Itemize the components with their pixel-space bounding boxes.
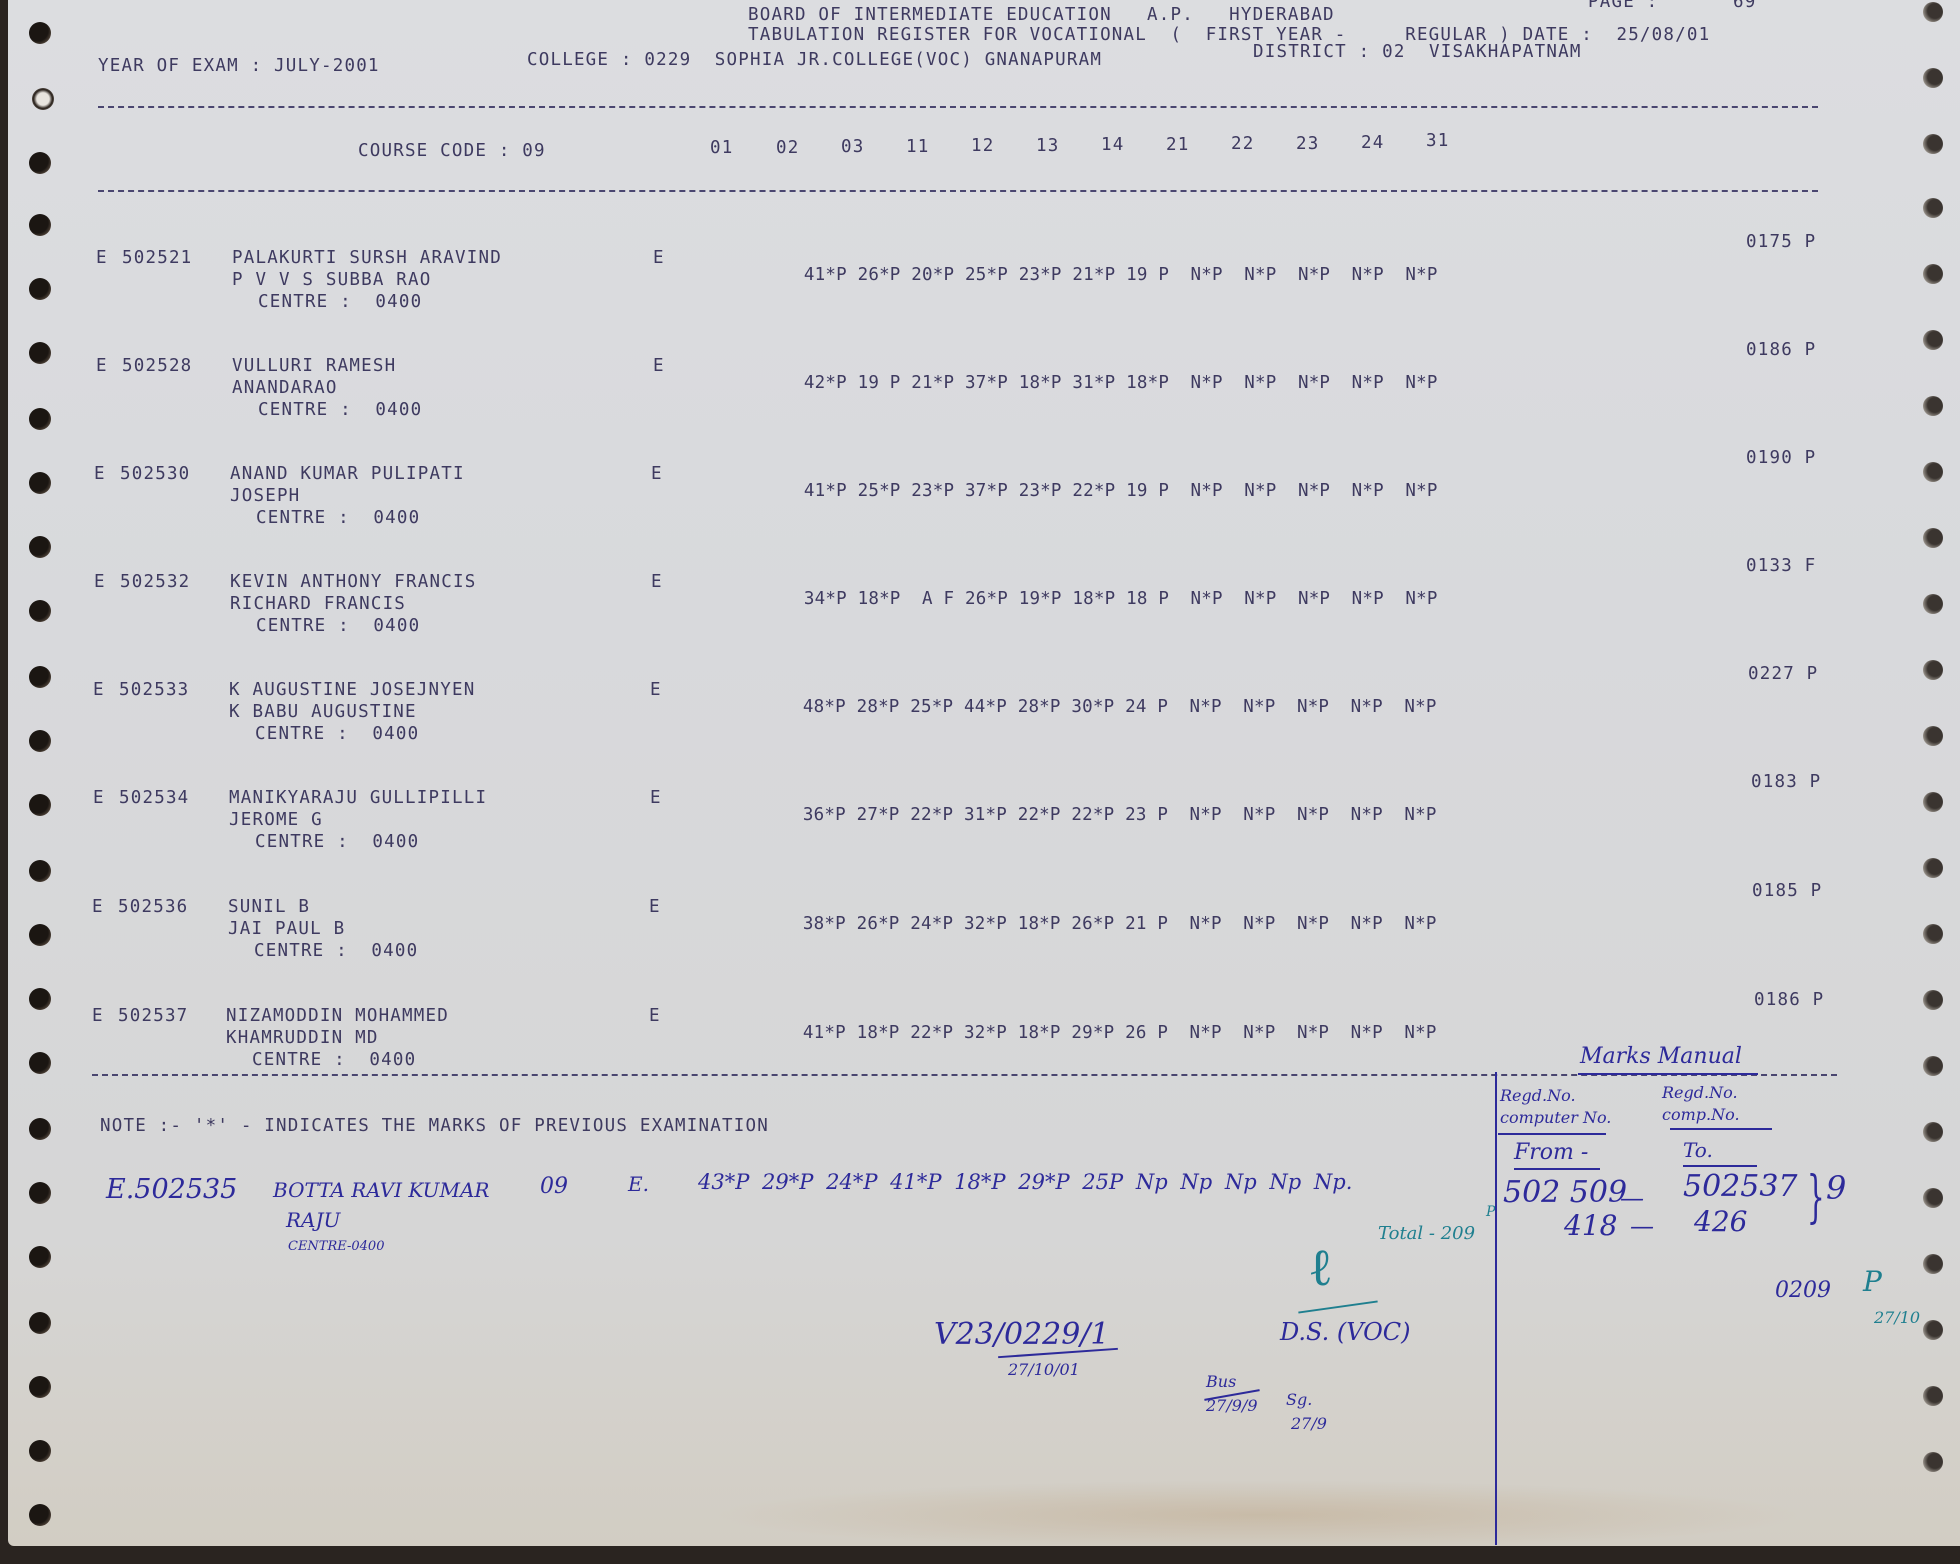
punch-hole-icon	[1923, 396, 1943, 416]
marks: 41*P 25*P 23*P 37*P 23*P 22*P 19 P N*P N…	[718, 465, 1438, 518]
regd-number: 502537	[118, 1008, 188, 1026]
punch-hole-icon	[1923, 1386, 1943, 1406]
punch-hole-icon	[1923, 1452, 1943, 1472]
punch-hole-icon	[29, 1118, 51, 1140]
punch-hole-icon	[1923, 1188, 1943, 1208]
result-p: P	[1863, 1268, 1882, 1296]
subject-13: 13	[1036, 138, 1059, 156]
punch-hole-icon	[29, 472, 51, 494]
centre: CENTRE : 0400	[256, 618, 420, 636]
punch-hole-icon	[29, 794, 51, 816]
to-regd: 502537	[1683, 1172, 1798, 1202]
punch-hole-icon	[29, 730, 51, 752]
board-title: BOARD OF INTERMEDIATE EDUCATION A.P. HYD…	[748, 7, 1335, 25]
punch-hole-icon	[29, 278, 51, 300]
brace: }	[1807, 1170, 1825, 1226]
student-name: MANIKYARAJU GULLIPILLI	[229, 790, 487, 808]
marks: 41*P 18*P 22*P 32*P 18*P 29*P 26 P N*P N…	[717, 1007, 1437, 1060]
ref-number: V23/0229/1	[934, 1320, 1110, 1350]
subject-12: 12	[971, 138, 994, 156]
signature-icon: ℓ	[1308, 1242, 1333, 1294]
regd-prefix: E	[92, 1008, 104, 1026]
page-label: PAGE :	[1588, 0, 1658, 12]
parent-name: JAI PAUL B	[228, 921, 345, 939]
regd-number: 502521	[122, 250, 192, 268]
parent-name: ANANDARAO	[232, 380, 338, 398]
punch-hole-icon	[1923, 858, 1943, 878]
medium: E	[650, 790, 662, 808]
marks: 36*P 27*P 22*P 31*P 22*P 22*P 23 P N*P N…	[717, 789, 1437, 842]
punch-hole-icon	[29, 1246, 51, 1268]
punch-hole-icon	[29, 666, 51, 688]
punch-hole-icon	[29, 214, 51, 236]
punch-hole-icon	[29, 1376, 51, 1398]
subject-22: 22	[1231, 136, 1254, 154]
hw-course: 09	[540, 1176, 568, 1198]
marks-manual-title: Marks Manual	[1580, 1046, 1742, 1068]
hw-marks: 43*P 29*P 24*P 41*P 18*P 29*P 25P Np Np …	[698, 1172, 1352, 1193]
punch-hole-icon	[1923, 330, 1943, 350]
medium: E	[653, 358, 665, 376]
initial-bus: Bus	[1206, 1374, 1236, 1390]
punch-hole-icon	[1923, 990, 1943, 1010]
punch-hole-icon	[1923, 924, 1943, 944]
district-info: DISTRICT : 02 VISAKHAPATNAM	[1253, 44, 1582, 62]
medium: E	[651, 574, 663, 592]
total: 0185 P	[1752, 883, 1822, 901]
medium: E	[649, 1008, 661, 1026]
regd-from-label: Regd.No. computer No.	[1500, 1085, 1620, 1128]
regd-number: 502536	[118, 899, 188, 917]
parent-name: JEROME G	[229, 812, 323, 830]
regd-number: 502528	[122, 358, 192, 376]
student-name: VULLURI RAMESH	[232, 358, 396, 376]
student-name: K AUGUSTINE JOSEJNYEN	[229, 682, 475, 700]
punch-hole-icon	[1923, 2, 1943, 22]
punch-hole-icon	[29, 1182, 51, 1204]
centre: CENTRE : 0400	[258, 402, 422, 420]
punch-hole-icon	[29, 1504, 51, 1526]
initial1-date: 27/9/9	[1206, 1398, 1258, 1414]
initial2-date: 27/9	[1291, 1416, 1327, 1432]
total: 0186 P	[1746, 342, 1816, 360]
total: 0186 P	[1754, 992, 1824, 1010]
total: 0227 P	[1748, 666, 1818, 684]
hw-medium: E.	[628, 1174, 649, 1194]
hw-total-note: Total - 209	[1378, 1225, 1475, 1243]
subject-03: 03	[841, 139, 864, 157]
regd-prefix: E	[93, 790, 105, 808]
subject-01: 01	[710, 140, 733, 158]
punch-hole-icon	[29, 600, 51, 622]
to-label: To.	[1683, 1140, 1713, 1160]
initial2: Sg.	[1286, 1392, 1312, 1408]
student-name: ANAND KUMAR PULIPATI	[230, 466, 465, 484]
total: 0175 P	[1746, 234, 1816, 252]
subject-11: 11	[906, 139, 929, 157]
parent-name: K BABU AUGUSTINE	[229, 704, 417, 722]
regd-to-label: Regd.No. comp.No.	[1662, 1082, 1782, 1125]
punch-hole-icon	[1923, 792, 1943, 812]
punch-hole-icon	[29, 152, 51, 174]
student-name: NIZAMODDIN MOHAMMED	[226, 1008, 449, 1026]
paper-stain	[708, 1480, 1808, 1550]
punch-hole-icon	[29, 536, 51, 558]
regd-prefix: E	[93, 682, 105, 700]
subject-24: 24	[1361, 135, 1384, 153]
count: 9	[1826, 1172, 1846, 1204]
page-number: 69	[1733, 0, 1756, 12]
from-underline	[1514, 1168, 1600, 1170]
punch-hole-icon	[1923, 134, 1943, 154]
punch-hole-icon	[29, 924, 51, 946]
course-code: COURSE CODE : 09	[358, 143, 546, 161]
subject-02: 02	[776, 140, 799, 158]
medium: E	[650, 682, 662, 700]
punch-hole-icon	[29, 1440, 51, 1462]
marks: 34*P 18*P A F 26*P 19*P 18*P 18 P N*P N*…	[718, 573, 1438, 626]
signature-underline	[1298, 1300, 1377, 1313]
punch-hole-icon	[1923, 1320, 1943, 1340]
marks: 41*P 26*P 20*P 25*P 23*P 21*P 19 P N*P N…	[718, 249, 1438, 302]
student-name: KEVIN ANTHONY FRANCIS	[230, 574, 476, 592]
from-regd: 502 509	[1503, 1178, 1627, 1208]
punch-hole-icon	[29, 408, 51, 430]
centre: CENTRE : 0400	[252, 1052, 416, 1070]
vertical-divider	[1495, 1072, 1497, 1545]
hw-name: BOTTA RAVI KUMAR	[273, 1180, 490, 1200]
regd-prefix: E	[96, 250, 108, 268]
regd-prefix: E	[92, 899, 104, 917]
marks: 42*P 19 P 21*P 37*P 18*P 31*P 18*P N*P N…	[718, 357, 1438, 410]
medium: E	[651, 466, 663, 484]
total: 0133 F	[1746, 558, 1816, 576]
ref-date: 27/10/01	[1008, 1362, 1080, 1378]
punch-hole-icon	[1923, 264, 1943, 284]
dash: —	[1630, 1214, 1654, 1238]
centre: CENTRE : 0400	[255, 726, 419, 744]
parent-name: KHAMRUDDIN MD	[226, 1030, 379, 1048]
regd-number: 502532	[120, 574, 190, 592]
punch-hole-icon	[32, 88, 54, 110]
punch-hole-icon	[1923, 594, 1943, 614]
hw-centre: CENTRE-0400	[288, 1240, 384, 1253]
subject-23: 23	[1296, 136, 1319, 154]
punch-hole-icon	[1923, 198, 1943, 218]
punch-hole-icon	[29, 988, 51, 1010]
punch-hole-icon	[29, 342, 51, 364]
dashed-divider	[92, 1074, 1837, 1076]
punch-hole-icon	[1923, 660, 1943, 680]
student-name: SUNIL B	[228, 899, 310, 917]
to-comp: 426	[1694, 1208, 1747, 1236]
result-sign-date: 27/10	[1874, 1310, 1920, 1326]
hw-regd: E.502535	[106, 1176, 237, 1203]
centre: CENTRE : 0400	[254, 943, 418, 961]
punch-hole-icon	[29, 860, 51, 882]
dash: —	[1620, 1186, 1644, 1210]
centre: CENTRE : 0400	[255, 834, 419, 852]
regd-number: 502530	[120, 466, 190, 484]
punch-hole-icon	[1923, 462, 1943, 482]
subject-21: 21	[1166, 137, 1189, 155]
punch-hole-icon	[1923, 528, 1943, 548]
year-of-exam: YEAR OF EXAM : JULY-2001	[98, 58, 380, 76]
result-total: 0209	[1775, 1280, 1831, 1302]
footnote: NOTE :- '*' - INDICATES THE MARKS OF PRE…	[100, 1118, 769, 1136]
subject-31: 31	[1426, 133, 1449, 151]
marks: 38*P 26*P 24*P 32*P 18*P 26*P 21 P N*P N…	[717, 898, 1437, 951]
marks: 48*P 28*P 25*P 44*P 28*P 30*P 24 P N*P N…	[717, 681, 1437, 734]
dashed-divider	[98, 190, 1818, 192]
regd-number: 502533	[119, 682, 189, 700]
punch-hole-icon	[1923, 1254, 1943, 1274]
dashed-divider	[98, 106, 1818, 108]
tabulation-register-sheet: BOARD OF INTERMEDIATE EDUCATION A.P. HYD…	[8, 0, 1960, 1546]
punch-hole-icon	[29, 22, 51, 44]
centre: CENTRE : 0400	[256, 510, 420, 528]
parent-name: RICHARD FRANCIS	[230, 596, 406, 614]
regd-prefix: E	[96, 358, 108, 376]
centre: CENTRE : 0400	[258, 294, 422, 312]
punch-hole-icon	[29, 1052, 51, 1074]
label-underline	[1498, 1133, 1606, 1135]
from-label: From -	[1514, 1142, 1588, 1164]
total: 0183 P	[1751, 774, 1821, 792]
regd-number: 502534	[119, 790, 189, 808]
ds-voc: D.S. (VOC)	[1280, 1320, 1411, 1344]
punch-hole-icon	[1923, 726, 1943, 746]
college-info: COLLEGE : 0229 SOPHIA JR.COLLEGE(VOC) GN…	[527, 52, 1102, 70]
punch-hole-icon	[1923, 68, 1943, 88]
from-comp: 418	[1564, 1212, 1617, 1240]
regd-prefix: E	[94, 574, 106, 592]
medium: E	[653, 250, 665, 268]
to-underline	[1683, 1165, 1757, 1167]
hw-name2: RAJU	[286, 1210, 340, 1230]
label-underline	[1670, 1128, 1772, 1130]
hw-total-p: P	[1486, 1205, 1495, 1219]
subject-14: 14	[1101, 137, 1124, 155]
student-name: PALAKURTI SURSH ARAVIND	[232, 250, 502, 268]
regd-prefix: E	[94, 466, 106, 484]
total: 0190 P	[1746, 450, 1816, 468]
punch-hole-icon	[1923, 1056, 1943, 1076]
punch-hole-icon	[1923, 1122, 1943, 1142]
title-underline	[1578, 1073, 1758, 1075]
punch-hole-icon	[29, 1312, 51, 1334]
parent-name: JOSEPH	[230, 488, 300, 506]
medium: E	[649, 899, 661, 917]
parent-name: P V V S SUBBA RAO	[232, 272, 432, 290]
